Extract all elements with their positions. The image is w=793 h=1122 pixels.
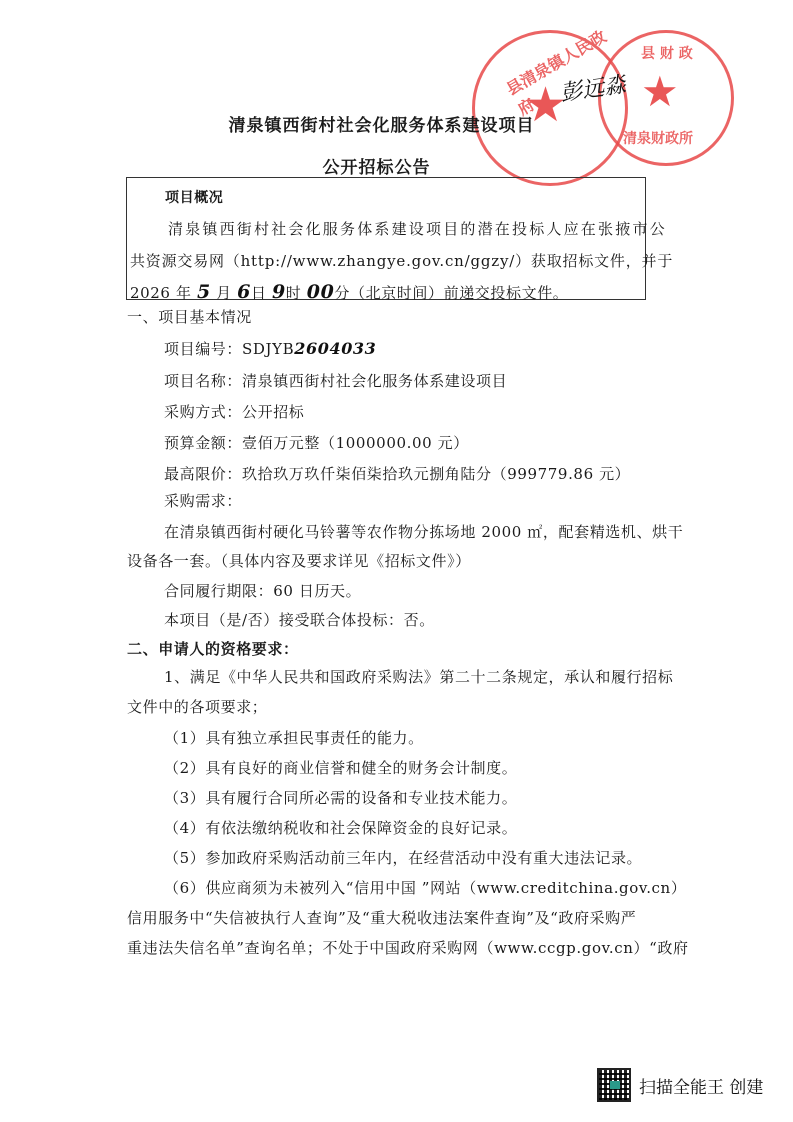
project-number-prefix: SDJYB: [242, 340, 294, 358]
document-subtitle: 公开招标公告: [0, 153, 773, 178]
scanner-watermark: 扫描全能王 创建: [597, 1068, 763, 1102]
seal-text: 县 财 政: [641, 43, 693, 63]
project-number-label: 项目编号：: [164, 340, 242, 358]
sub-requirement: （1）具有独立承担民事责任的能力。: [164, 727, 424, 748]
overview-line2: 共资源交易网（http://www.zhangye.gov.cn/ggzy/）获…: [130, 250, 673, 271]
demand-label: 采购需求：: [164, 490, 242, 511]
requirement-6-line1: （6）供应商须为未被列入“信用中国 ”网站（www.creditchina.go…: [164, 877, 686, 898]
section1-heading: 一、项目基本情况: [127, 306, 252, 327]
document-title: 清泉镇西街村社会化服务体系建设项目: [0, 111, 778, 136]
requirement-6-line3: 重违法失信名单”查询名单；不处于中国政府采购网（www.ccgp.gov.cn）…: [127, 937, 689, 958]
project-name: 项目名称：清泉镇西街村社会化服务体系建设项目: [164, 370, 507, 391]
sub-requirement: （2）具有良好的商业信誉和健全的财务会计制度。: [164, 757, 517, 778]
project-number-handwritten: 2604033: [294, 339, 376, 358]
star-icon: ★: [641, 71, 679, 113]
sub-requirement: （4）有依法缴纳税收和社会保障资金的良好记录。: [164, 817, 517, 838]
qr-code-icon: [597, 1068, 631, 1102]
demand-line2: 设备各一套。（具体内容及要求详见《招标文件》）: [127, 550, 471, 571]
project-number: 项目编号：SDJYB2604033: [164, 338, 376, 359]
deadline-month: 5: [197, 281, 211, 303]
contract-period: 合同履行期限：60 日历天。: [164, 580, 361, 601]
deadline-hour: 9: [272, 281, 286, 303]
overview-heading: 项目概况: [165, 187, 223, 207]
deadline-day: 6: [237, 281, 251, 303]
overview-deadline: 2026 年 5 月 6日 9时 00分（北京时间）前递交投标文件。: [130, 281, 568, 303]
demand-line1: 在清泉镇西街村硬化马铃薯等农作物分拣场地 2000 ㎡，配套精选机、烘干: [164, 521, 683, 542]
deadline-year: 2026: [130, 284, 171, 302]
budget-amount: 预算金额：壹佰万元整（1000000.00 元）: [164, 432, 469, 453]
year-label: 年: [176, 284, 192, 302]
procurement-method: 采购方式：公开招标: [164, 401, 304, 422]
hour-label: 时: [286, 284, 302, 302]
minute-label: 分（北京时间）前递交投标文件。: [334, 284, 568, 302]
requirement-1-line2: 文件中的各项要求；: [127, 696, 267, 717]
day-label: 日: [251, 284, 267, 302]
month-label: 月: [216, 284, 232, 302]
overview-line1: 清泉镇西街村社会化服务体系建设项目的潜在投标人应在张掖市公: [168, 218, 667, 239]
requirement-6-line2: 信用服务中“失信被执行人查询”及“重大税收违法案件查询”及“政府采购严: [127, 907, 636, 928]
sub-requirement: （5）参加政府采购活动前三年内，在经营活动中没有重大违法记录。: [164, 847, 642, 868]
deadline-minute: 00: [307, 281, 335, 303]
consortium-bidding: 本项目（是/否）接受联合体投标：否。: [164, 609, 435, 630]
max-price: 最高限价：玖拾玖万玖仟柒佰柒拾玖元捌角陆分（999779.86 元）: [164, 463, 630, 484]
section2-heading: 二、申请人的资格要求：: [127, 638, 299, 659]
watermark-text: 扫描全能王 创建: [639, 1073, 763, 1098]
sub-requirement: （3）具有履行合同所必需的设备和专业技术能力。: [164, 787, 517, 808]
requirement-1-line1: 1、满足《中华人民共和国政府采购法》第二十二条规定，承认和履行招标: [164, 666, 673, 687]
document-page: ★ 县清泉镇人民政府 ★ 清泉财政所 县 财 政 彭远淼 清泉镇西街村社会化服务…: [0, 0, 793, 1122]
